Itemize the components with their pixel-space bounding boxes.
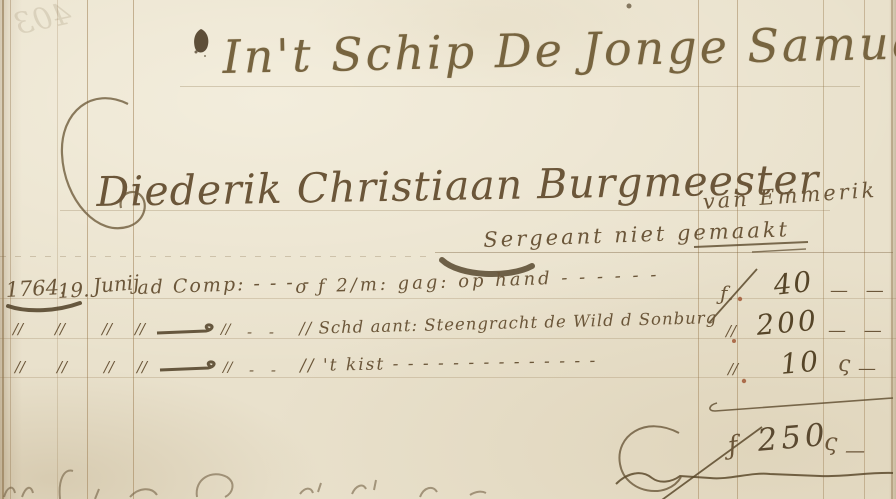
entry3-currency: //	[728, 360, 738, 378]
entry1-day: 19.	[57, 277, 90, 303]
red-fleck	[742, 379, 746, 383]
column-rule	[864, 0, 865, 499]
ink-speck	[195, 51, 198, 54]
entry3-description: // 't kist - - - - - - - - - - - - - -	[300, 351, 597, 376]
rank-note: Sergeant niet gemaakt	[483, 217, 790, 252]
ink-speck	[627, 4, 632, 9]
entry2-ditto-after: //	[221, 322, 230, 338]
total-wavy-underline	[616, 473, 893, 484]
column-rule	[57, 0, 58, 499]
entry2-currency: //	[726, 322, 736, 340]
entry3-trail-dash: —	[858, 358, 876, 379]
entry2-description: // Schd aant: Steengracht de Wild d Sonb…	[299, 308, 717, 338]
entry1-currency: ƒ.	[720, 281, 734, 305]
total-diagonal-slash	[655, 427, 762, 499]
ink-blot	[194, 29, 208, 53]
entry3-gap-dashes: - -	[249, 361, 282, 379]
entry3-ditto: //	[104, 358, 114, 376]
red-fleck	[738, 297, 742, 301]
baseline-rule	[0, 298, 896, 299]
column-rule	[737, 0, 738, 499]
baseline-rule-dashed	[0, 256, 435, 257]
ditto-dash-stroke	[157, 325, 212, 333]
entry3-ditto: //	[15, 358, 25, 376]
bleedthrough-number: 403	[11, 0, 74, 43]
entry2-amount: 200	[755, 304, 820, 342]
total-amount: 250	[756, 417, 830, 459]
entry2-ditto: //	[13, 320, 23, 338]
rank-note-rule	[752, 249, 806, 252]
total-trail-dash: —	[845, 438, 869, 462]
total-stuiver-mark: ς	[824, 428, 837, 456]
entry1-amount: 40	[772, 265, 815, 302]
date-underline-swash	[8, 303, 80, 310]
entry1-month: Junij	[92, 270, 140, 298]
total-o-flourish	[619, 426, 681, 491]
entry2-gap-dashes: - -	[247, 323, 280, 341]
column-rule	[133, 0, 134, 499]
baseline-rule	[0, 377, 896, 378]
entry3-ditto-after: //	[223, 360, 232, 376]
baseline-rule	[435, 252, 893, 253]
ditto-dash-stroke	[160, 362, 214, 370]
total-currency: ƒ	[726, 431, 740, 462]
entry2-trail-dashes: — —	[828, 320, 888, 341]
ledger-scan-page: 403 In't Schip De Jonge Samuël Diederik …	[0, 0, 896, 499]
entry3-stuiver-mark: ς	[838, 352, 850, 377]
baseline-rule	[180, 86, 860, 87]
column-rule	[698, 0, 699, 499]
entry3-amount: 10	[779, 345, 821, 381]
cutoff-next-entry-strokes	[4, 471, 486, 499]
column-rule	[10, 0, 11, 499]
entry1-trail-dashes: — —	[830, 280, 890, 301]
ink-speck	[204, 55, 206, 57]
entry2-ditto: //	[135, 320, 145, 338]
ship-title: In't Schip De Jonge Samuël	[222, 15, 896, 84]
column-rule	[87, 0, 88, 499]
entry3-ditto: //	[57, 358, 67, 376]
entry2-ditto: //	[102, 320, 112, 338]
sum-line	[710, 398, 893, 411]
entry3-ditto: //	[137, 358, 147, 376]
entry2-ditto: //	[55, 320, 65, 338]
page-edge-rule	[2, 0, 4, 499]
entry1-description-b: o ƒ 2/m: gag: op hand - - - - - -	[295, 264, 660, 298]
page-edge-rule	[891, 0, 893, 499]
entry1-description-a: ad Comp: - - - -	[137, 271, 312, 299]
